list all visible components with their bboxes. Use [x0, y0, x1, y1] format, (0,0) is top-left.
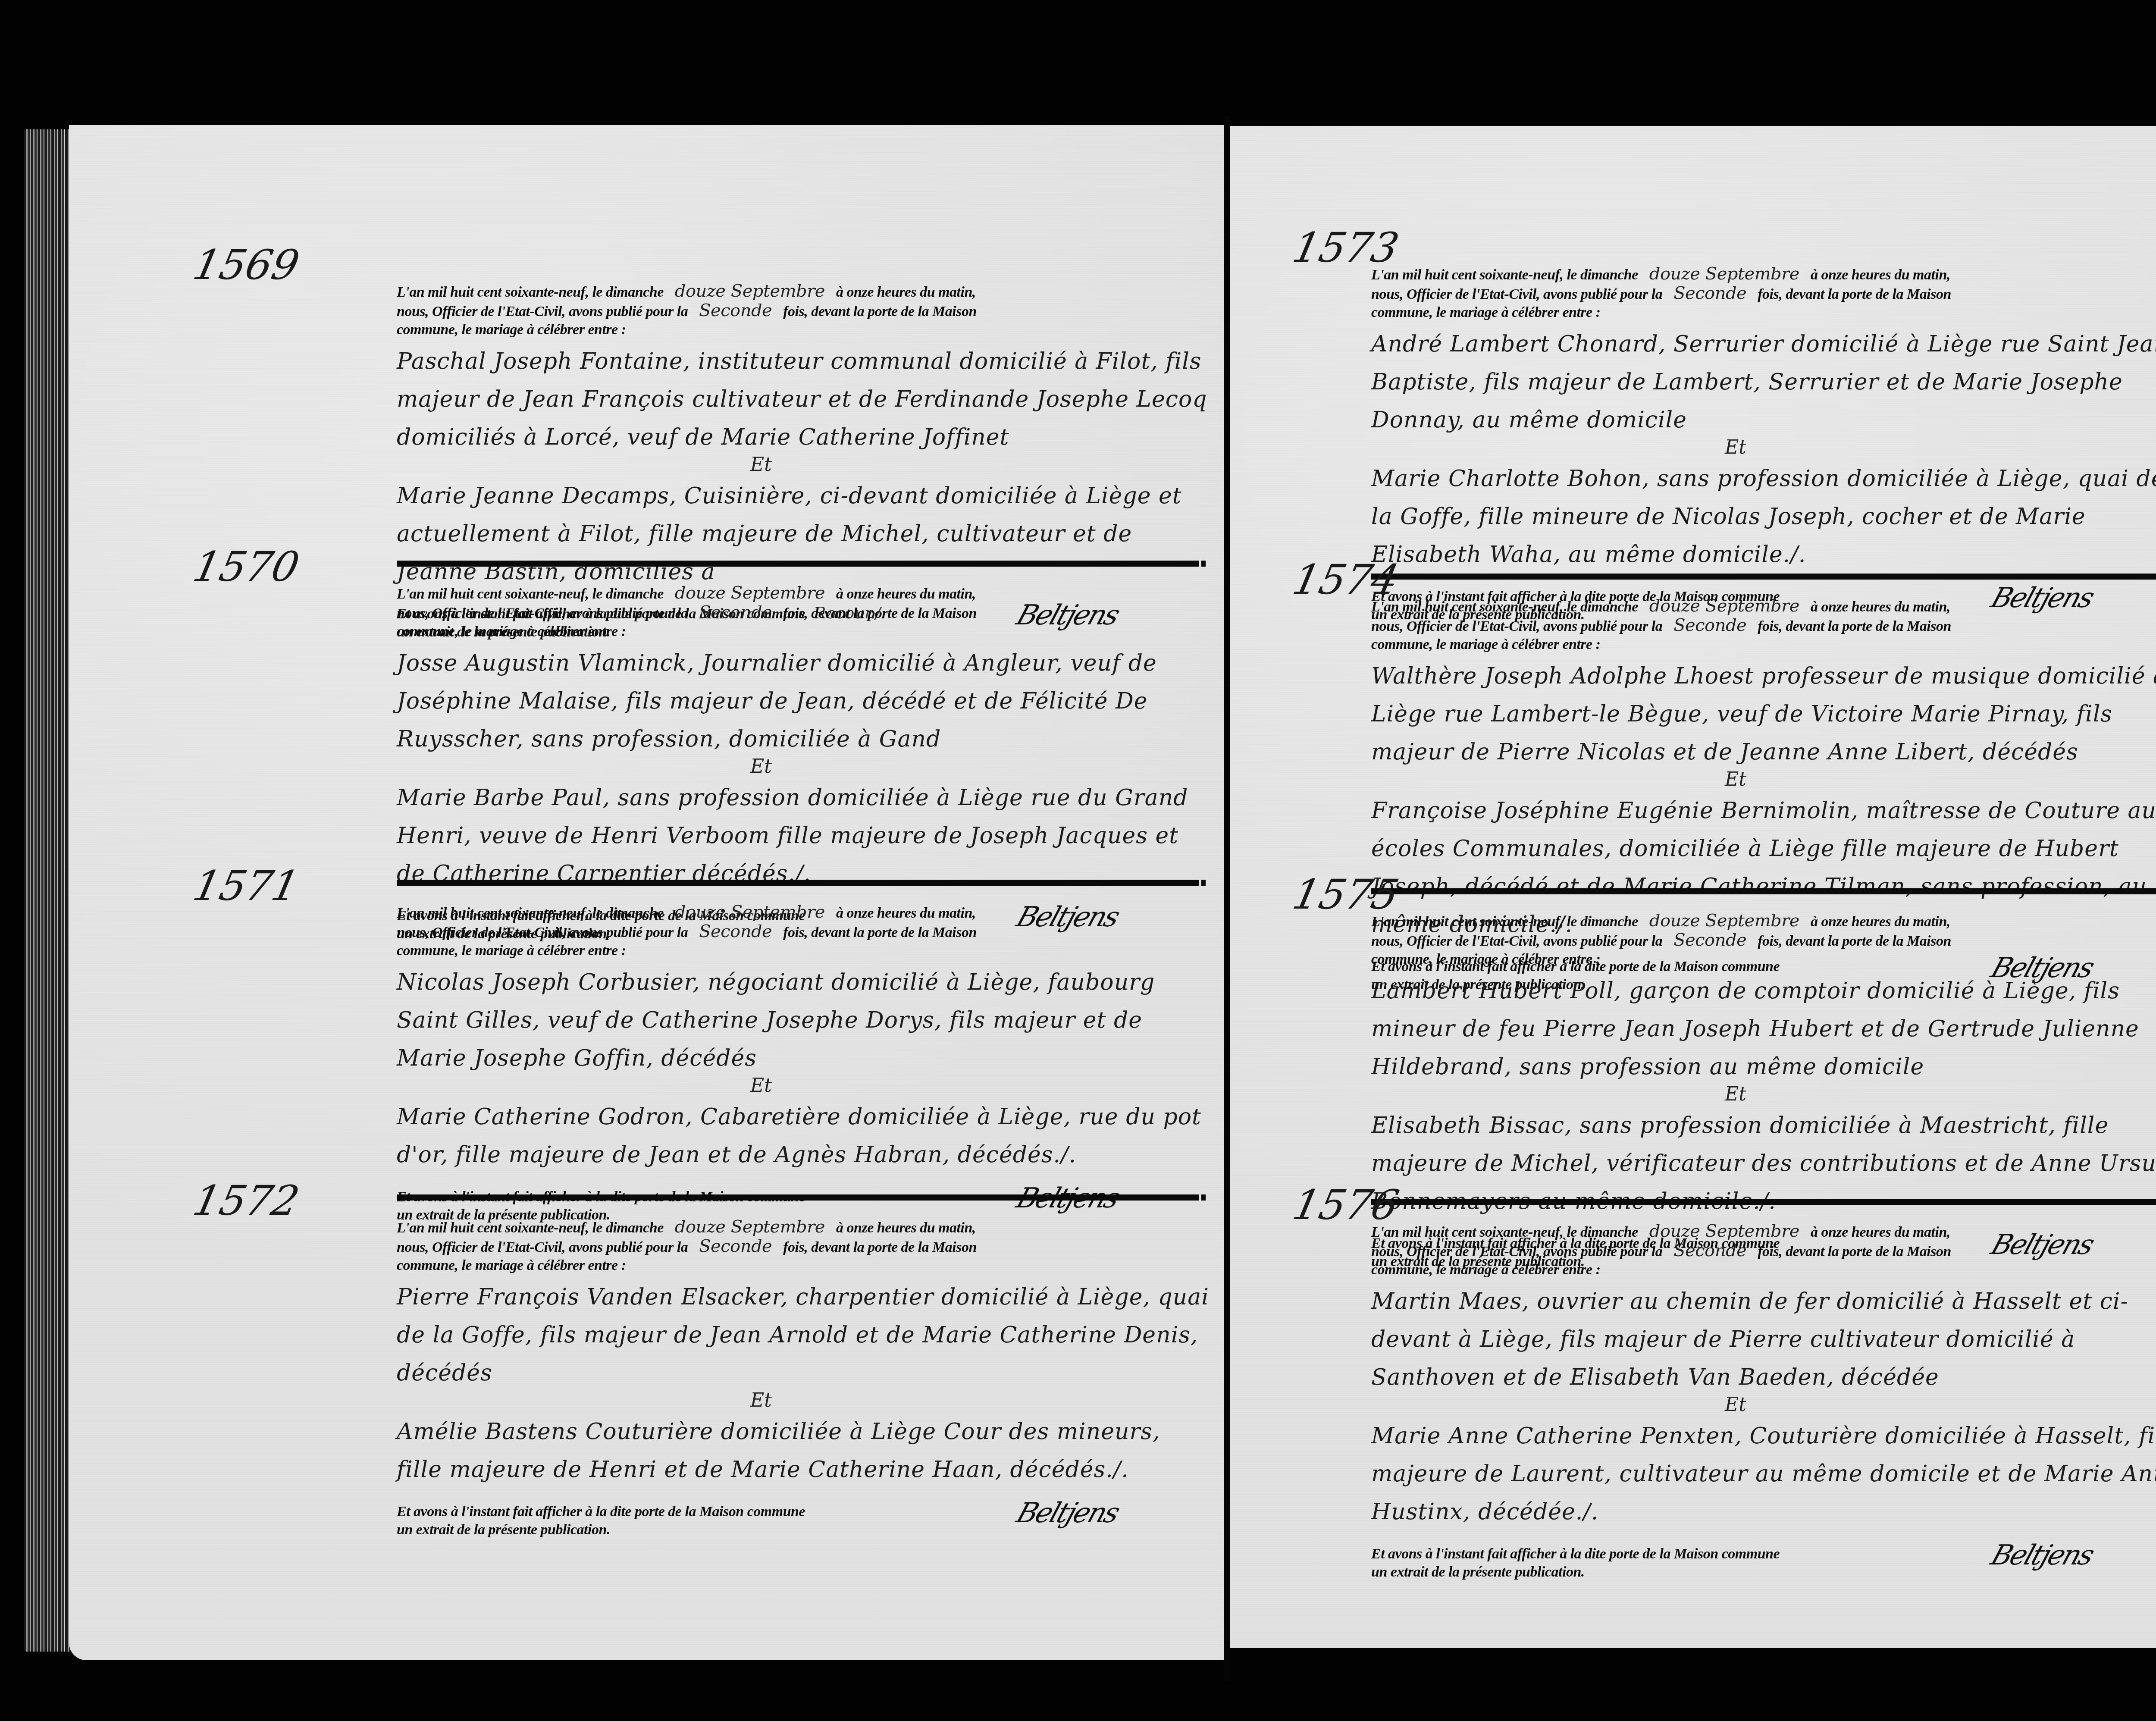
- form-line2-pre: nous, Officier de l'Etat-Civil, avons pu…: [397, 925, 688, 940]
- form-line2-post: fois, devant la porte de la Maison: [783, 304, 977, 320]
- printed-form-header: L'an mil huit cent soixante-neuf, le dim…: [1371, 597, 2156, 654]
- form-line1-pre: L'an mil huit cent soixante-neuf, le dim…: [397, 586, 664, 602]
- record-separator: [1371, 888, 2156, 894]
- handwritten-date: douze Septembre: [1642, 911, 1807, 931]
- handwritten-publication: Seconde: [1666, 615, 1754, 635]
- form-line2-pre: nous, Officier de l'Etat-Civil, avons pu…: [1371, 933, 1662, 949]
- groom-entry: Paschal Joseph Fontaine, instituteur com…: [397, 342, 1212, 456]
- conjunction-et: Et: [310, 1077, 1212, 1094]
- form-line1-post: à onze heures du matin,: [836, 284, 976, 300]
- marriage-record: 1571 L'an mil huit cent soixante-neuf, l…: [397, 880, 1212, 1224]
- handwritten-publication: Seconde: [1666, 283, 1754, 303]
- handwritten-publication: Seconde: [1666, 930, 1754, 950]
- form-line1-pre: L'an mil huit cent soixante-neuf, le dim…: [397, 284, 664, 300]
- handwritten-publication: Seconde: [691, 1236, 780, 1256]
- marriage-record: 1573 L'an mil huit cent soixante-neuf, l…: [1371, 241, 2156, 624]
- conjunction-et: Et: [310, 456, 1212, 473]
- record-number: 1572: [189, 1177, 303, 1225]
- handwritten-date: douze Septembre: [1642, 264, 1807, 284]
- form-line2-pre: nous, Officier de l'Etat-Civil, avons pu…: [1371, 286, 1662, 302]
- printed-form-header: L'an mil huit cent soixante-neuf, le dim…: [1371, 912, 2156, 969]
- form-line1-pre: L'an mil huit cent soixante-neuf, le dim…: [1371, 914, 1638, 930]
- form-line2-post: fois, devant la porte de la Maison: [1758, 618, 1951, 634]
- closing-formula: Et avons à l'instant fait afficher à la …: [397, 1502, 957, 1539]
- printed-form-header: L'an mil huit cent soixante-neuf, le dim…: [1371, 265, 2156, 322]
- form-line3: commune, le mariage à célébrer entre :: [397, 624, 626, 639]
- form-line2-post: fois, devant la porte de la Maison: [783, 605, 977, 621]
- conjunction-et: Et: [1285, 1396, 2156, 1414]
- form-line1-post: à onze heures du matin,: [1811, 267, 1950, 283]
- printed-form-header: L'an mil huit cent soixante-neuf, le dim…: [1371, 1222, 2156, 1279]
- form-line2-post: fois, devant la porte de la Maison: [1758, 1244, 1951, 1260]
- printed-form-header: L'an mil huit cent soixante-neuf, le dim…: [397, 903, 1212, 960]
- form-line1-post: à onze heures du matin,: [1811, 914, 1950, 930]
- form-line2-pre: nous, Officier de l'Etat-Civil, avons pu…: [397, 304, 688, 320]
- form-line1-post: à onze heures du matin,: [836, 1220, 976, 1236]
- form-line1-post: à onze heures du matin,: [1811, 1224, 1950, 1240]
- officer-signature: Beltjens: [1012, 1497, 1122, 1529]
- form-line1-pre: L'an mil huit cent soixante-neuf, le dim…: [1371, 599, 1638, 615]
- form-line2-pre: nous, Officier de l'Etat-Civil, avons pu…: [397, 605, 688, 621]
- form-line3: commune, le mariage à célébrer entre :: [1371, 304, 1601, 320]
- handwritten-date: douze Septembre: [667, 902, 833, 922]
- form-line2-pre: nous, Officier de l'Etat-Civil, avons pu…: [1371, 618, 1662, 634]
- marriage-record: 1576 L'an mil huit cent soixante-neuf, l…: [1371, 1199, 2156, 1581]
- record-number: 1569: [189, 241, 303, 289]
- closing-line2: un extrait de la présente publication.: [397, 1522, 610, 1538]
- closing-line1: Et avons à l'instant fait afficher à la …: [1371, 1546, 1780, 1562]
- record-number: 1570: [189, 543, 303, 591]
- form-line2-pre: nous, Officier de l'Etat-Civil, avons pu…: [1371, 1244, 1662, 1260]
- bride-entry: Marie Barbe Paul, sans profession domici…: [397, 779, 1212, 893]
- bride-entry: Marie Anne Catherine Penxten, Couturière…: [1371, 1417, 2156, 1531]
- record-separator: [1371, 574, 2156, 580]
- handwritten-date: douze Septembre: [1642, 596, 1807, 616]
- form-line1-pre: L'an mil huit cent soixante-neuf, le dim…: [397, 1220, 664, 1236]
- handwritten-publication: Seconde: [1666, 1241, 1754, 1260]
- form-line1-pre: L'an mil huit cent soixante-neuf, le dim…: [1371, 267, 1638, 283]
- closing-formula: Et avons à l'instant fait afficher à la …: [1371, 1544, 1932, 1581]
- officer-signature: Beltjens: [1987, 1539, 2097, 1571]
- groom-entry: Nicolas Joseph Corbusier, négociant domi…: [397, 963, 1212, 1077]
- book-gutter: [1224, 116, 1230, 1681]
- record-separator: [397, 880, 1201, 886]
- handwritten-date: douze Septembre: [667, 1217, 833, 1237]
- handwritten-date: douze Septembre: [1642, 1221, 1807, 1241]
- closing-place: [1780, 1543, 1785, 1562]
- closing-place: [805, 1501, 810, 1520]
- form-line3: commune, le mariage à célébrer entre :: [397, 322, 626, 338]
- form-line1-post: à onze heures du matin,: [836, 905, 976, 921]
- form-line2-post: fois, devant la porte de la Maison: [1758, 933, 1951, 949]
- groom-entry: Josse Augustin Vlaminck, Journalier domi…: [397, 644, 1212, 758]
- record-closing: Et avons à l'instant fait afficher à la …: [397, 1502, 1212, 1539]
- groom-entry: André Lambert Chonard, Serrurier domicil…: [1371, 325, 2156, 439]
- handwritten-date: douze Septembre: [667, 281, 833, 301]
- form-line2-post: fois, devant la porte de la Maison: [783, 1239, 977, 1255]
- form-line3: commune, le mariage à célébrer entre :: [1371, 636, 1601, 652]
- record-number: 1571: [189, 862, 303, 910]
- form-line3: commune, le mariage à célébrer entre :: [397, 943, 626, 959]
- record-separator: [1371, 1199, 2156, 1205]
- record-number: 1574: [1288, 556, 1403, 604]
- bride-entry: Marie Catherine Godron, Cabaretière domi…: [397, 1098, 1212, 1174]
- record-number: 1575: [1288, 871, 1403, 918]
- groom-entry: Lambert Hubert Poll, garçon de comptoir …: [1371, 972, 2156, 1086]
- conjunction-et: Et: [310, 1392, 1212, 1409]
- closing-line1: Et avons à l'instant fait afficher à la …: [397, 1504, 805, 1520]
- conjunction-et: Et: [1285, 1086, 2156, 1103]
- handwritten-publication: Seconde: [691, 602, 780, 622]
- form-line3: commune, le mariage à célébrer entre :: [397, 1257, 626, 1273]
- bride-entry: Amélie Bastens Couturière domiciliée à L…: [397, 1413, 1212, 1489]
- printed-form-header: L'an mil huit cent soixante-neuf, le dim…: [397, 282, 1212, 339]
- handwritten-publication: Seconde: [691, 922, 780, 941]
- conjunction-et: Et: [1285, 771, 2156, 788]
- conjunction-et: Et: [1285, 439, 2156, 456]
- record-number: 1576: [1288, 1182, 1403, 1229]
- record-separator: [397, 1194, 1201, 1201]
- printed-form-header: L'an mil huit cent soixante-neuf, le dim…: [397, 1218, 1212, 1275]
- marriage-record: 1572 L'an mil huit cent soixante-neuf, l…: [397, 1194, 1212, 1539]
- book-page-edges-left: [24, 129, 71, 1652]
- record-number: 1573: [1288, 224, 1403, 272]
- groom-entry: Martin Maes, ouvrier au chemin de fer do…: [1371, 1282, 2156, 1396]
- form-line1-post: à onze heures du matin,: [836, 586, 976, 602]
- form-line1-pre: L'an mil huit cent soixante-neuf, le dim…: [1371, 1224, 1638, 1240]
- bride-entry: Marie Charlotte Bohon, sans profession d…: [1371, 460, 2156, 574]
- form-line3: commune, le mariage à célébrer entre :: [1371, 1262, 1601, 1278]
- conjunction-et: Et: [310, 758, 1212, 775]
- printed-form-header: L'an mil huit cent soixante-neuf, le dim…: [397, 584, 1212, 641]
- form-line2-post: fois, devant la porte de la Maison: [783, 925, 977, 940]
- closing-line2: un extrait de la présente publication.: [1371, 1564, 1585, 1580]
- form-line2-pre: nous, Officier de l'Etat-Civil, avons pu…: [397, 1239, 688, 1255]
- groom-entry: Walthère Joseph Adolphe Lhoest professeu…: [1371, 657, 2156, 771]
- record-closing: Et avons à l'instant fait afficher à la …: [1371, 1544, 2156, 1581]
- handwritten-publication: Seconde: [691, 301, 780, 320]
- groom-entry: Pierre François Vanden Elsacker, charpen…: [397, 1278, 1212, 1392]
- handwritten-date: douze Septembre: [667, 583, 833, 603]
- form-line1-pre: L'an mil huit cent soixante-neuf, le dim…: [397, 905, 664, 921]
- form-line1-post: à onze heures du matin,: [1811, 599, 1950, 615]
- form-line2-post: fois, devant la porte de la Maison: [1758, 286, 1951, 302]
- record-separator: [397, 561, 1201, 567]
- form-line3: commune, le mariage à célébrer entre :: [1371, 951, 1601, 967]
